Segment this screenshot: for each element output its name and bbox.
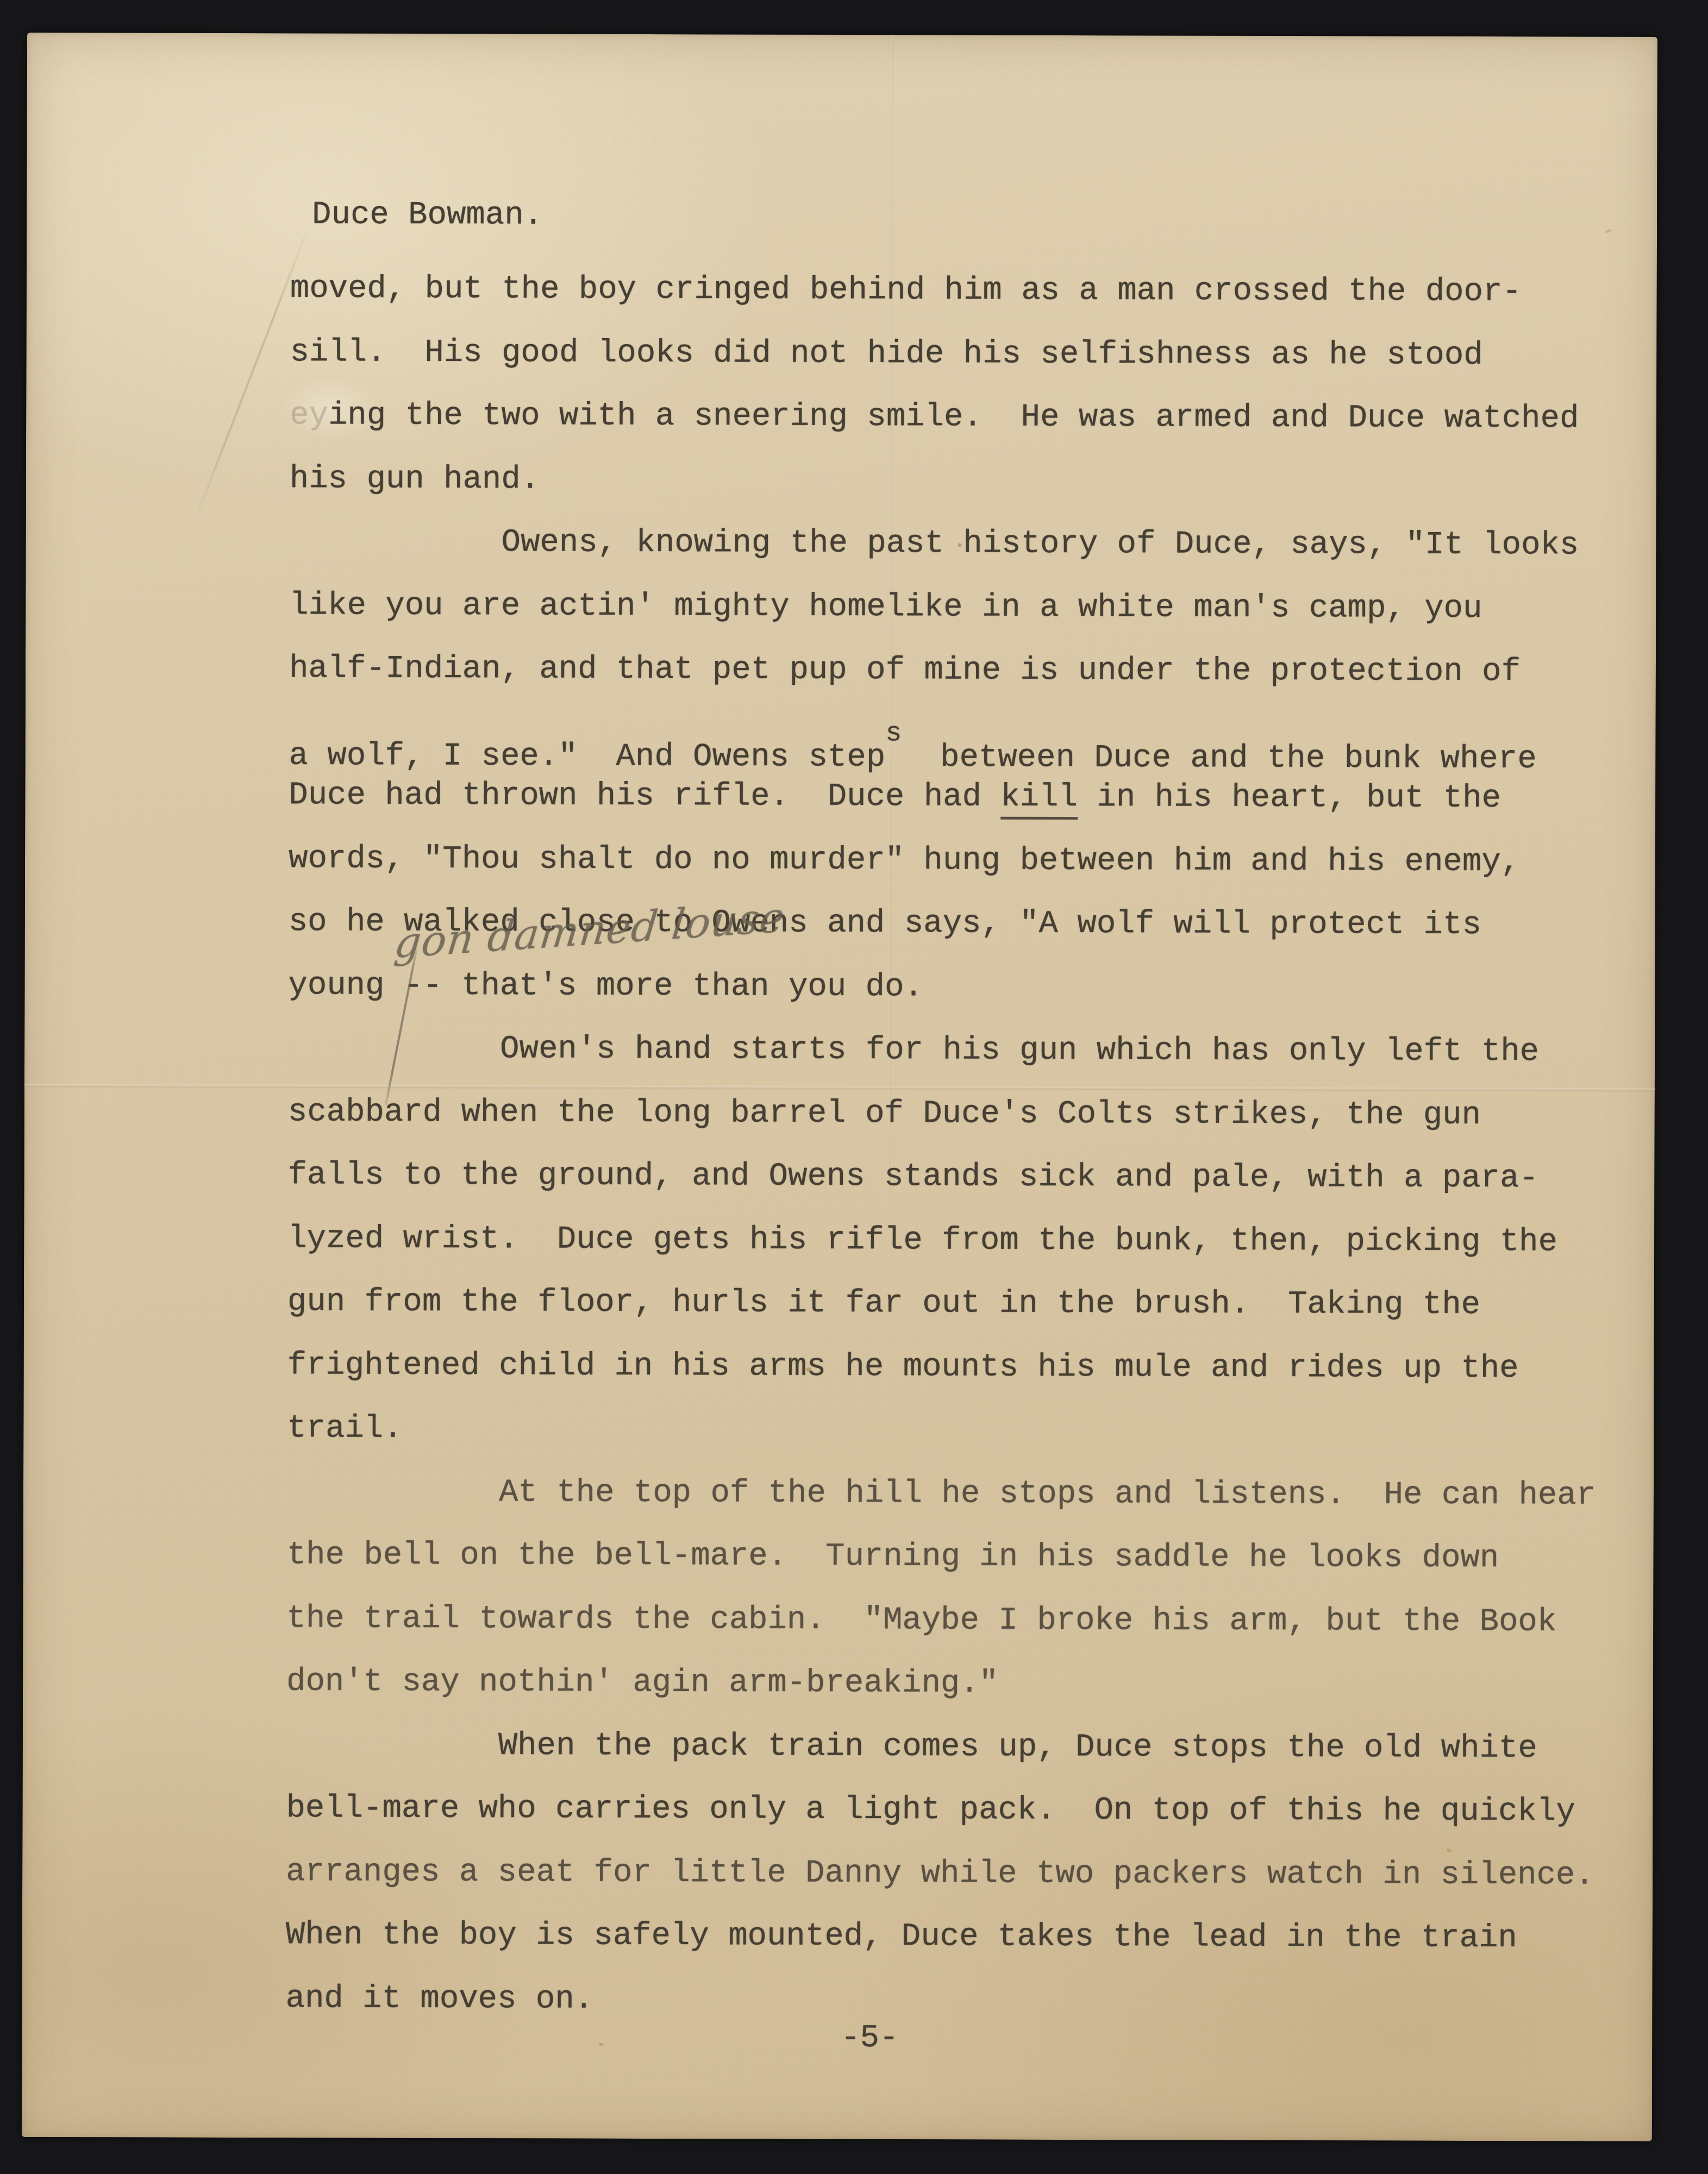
typed-segment: his gun hand. — [290, 460, 540, 497]
typed-line: Duce had thrown his rifle. Duce had kill… — [289, 764, 1636, 830]
typed-segment: lyzed wrist. Duce gets his rifle from th… — [287, 1220, 1557, 1260]
typed-segment: scabbard when the long barrel of Duce's … — [288, 1094, 1481, 1133]
typed-segment: the bell on the bell-mare. Turning in hi… — [287, 1536, 1499, 1576]
typed-segment: arranges a seat for little Danny while t… — [286, 1853, 1594, 1893]
typed-segment: gun from the floor, hurls it far out in … — [287, 1283, 1480, 1323]
page-number: -5- — [841, 2020, 898, 2056]
typed-segment: half-Indian, and that pet pup of mine is… — [289, 650, 1521, 690]
typed-segment: bell-mare who carries only a light pack.… — [286, 1790, 1575, 1829]
typed-line: Owens, knowing the past history of Duce,… — [289, 510, 1637, 577]
typed-line: scabbard when the long barrel of Duce's … — [288, 1080, 1636, 1147]
typed-line: trail. — [287, 1397, 1635, 1464]
typed-segment: When the boy is safely mounted, Duce tak… — [286, 1916, 1517, 1956]
page-heading: Duce Bowman. — [312, 196, 543, 233]
typed-line: arranges a seat for little Danny while t… — [286, 1840, 1634, 1907]
typed-line: When the boy is safely mounted, Duce tak… — [286, 1903, 1634, 1970]
typed-segment: Owen's hand starts for his gun which has… — [500, 1030, 1539, 1070]
typed-line: lyzed wrist. Duce gets his rifle from th… — [287, 1207, 1635, 1274]
typed-segment: in his heart, but the — [1078, 779, 1501, 816]
typed-segment-underline: kill — [1000, 779, 1078, 820]
typed-line: don't say nothin' agin arm-breaking." — [286, 1650, 1634, 1717]
typed-line: When the pack train comes up, Duce stops… — [286, 1714, 1634, 1781]
typed-segment: At the top of the hill he stops and list… — [499, 1474, 1596, 1513]
typed-segment: Duce had thrown his rifle. Duce had — [289, 777, 1000, 815]
typed-segment: the trail towards the cabin. "Maybe I br… — [286, 1600, 1556, 1640]
typed-body: moved, but the boy cringed behind him as… — [285, 257, 1638, 2033]
typed-line: half-Indian, and that pet pup of mine is… — [289, 637, 1637, 704]
typed-segment: and it moves on. — [285, 1980, 593, 2017]
typed-line: his gun hand. — [290, 447, 1637, 514]
typed-line: bell-mare who carries only a light pack.… — [286, 1777, 1634, 1844]
typed-line: and it moves on. — [285, 1967, 1633, 2034]
typed-line: the trail towards the cabin. "Maybe I br… — [286, 1587, 1634, 1654]
typed-line: Owen's hand starts for his gun which has… — [288, 1017, 1636, 1084]
typed-line: At the top of the hill he stops and list… — [287, 1460, 1635, 1527]
paper-speck — [1605, 229, 1612, 234]
typed-segment: falls to the ground, and Owens stands si… — [287, 1157, 1538, 1196]
typed-line: falls to the ground, and Owens stands si… — [287, 1144, 1635, 1210]
typed-segment: ing the two with a sneering smile. He wa… — [328, 397, 1579, 436]
typed-segment: sill. His good looks did not hide his se… — [290, 334, 1482, 373]
typed-segment: don't say nothin' agin arm-breaking." — [286, 1663, 998, 1701]
typed-segment: frightened child in his arms he mounts h… — [287, 1347, 1518, 1386]
typed-line: moved, but the boy cringed behind him as… — [290, 257, 1638, 324]
typed-segment-sup: s — [885, 718, 902, 749]
typed-line: eying the two with a sneering smile. He … — [290, 384, 1637, 451]
typed-line: words, "Thou shalt do no murder" hung be… — [289, 827, 1636, 894]
paper-speck — [599, 2043, 603, 2046]
typed-segment: young -- that's more than you do. — [288, 967, 923, 1005]
typed-segment: trail. — [287, 1410, 403, 1447]
typed-line: sill. His good looks did not hide his se… — [290, 321, 1637, 388]
typed-segment: moved, but the boy cringed behind him as… — [290, 270, 1522, 310]
typed-segment-faded: ey — [290, 397, 328, 433]
typed-segment: When the pack train comes up, Duce stops… — [498, 1727, 1537, 1766]
typed-line: gun from the floor, hurls it far out in … — [287, 1270, 1635, 1337]
scan-background: Duce Bowman. moved, but the boy cringed … — [0, 0, 1708, 2174]
typed-line: the bell on the bell-mare. Turning in hi… — [287, 1523, 1635, 1590]
typed-segment: words, "Thou shalt do no murder" hung be… — [289, 840, 1520, 880]
typed-segment: like you are actin' mighty homelike in a… — [289, 587, 1482, 627]
typed-line: frightened child in his arms he mounts h… — [287, 1334, 1635, 1401]
manuscript-page: Duce Bowman. moved, but the boy cringed … — [22, 33, 1657, 2141]
typed-line: young -- that's more than you do. — [288, 954, 1636, 1021]
typed-line: like you are actin' mighty homelike in a… — [289, 574, 1637, 641]
typed-line: a wolf, I see." And Owens steps between … — [289, 701, 1636, 767]
typed-segment: Owens, knowing the past history of Duce,… — [501, 524, 1579, 563]
